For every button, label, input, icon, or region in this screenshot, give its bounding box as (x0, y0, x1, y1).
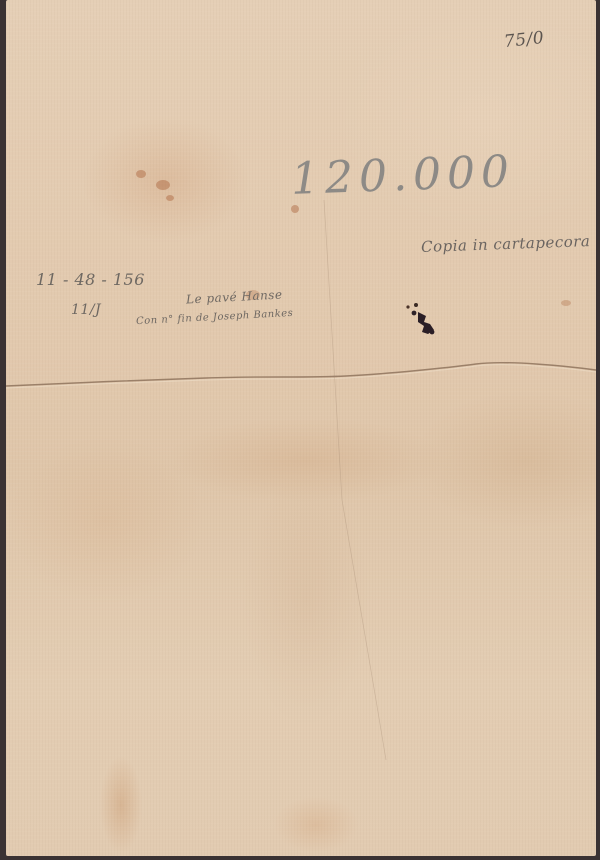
top-right-mark: 75/0 (503, 28, 545, 52)
foxing-stain (166, 195, 174, 201)
foxing-stain (291, 205, 299, 213)
catalog-note: Copia in cartapecora (421, 232, 591, 256)
document-paper: 75/0 120.000 Copia in cartapecora 11 - 4… (6, 0, 596, 856)
reference-number: 11 - 48 - 156 (36, 270, 145, 289)
handwritten-line-2: Con n° fin de Joseph Bankes (136, 308, 294, 327)
foxing-stain (561, 300, 571, 306)
fold-crease (6, 0, 596, 856)
ink-blot (404, 302, 444, 338)
paper-grain-texture (6, 0, 596, 856)
handwritten-line-1: Le pavé Hanse (186, 287, 283, 306)
amount-annotation: 120.000 (290, 146, 516, 205)
reference-sub: 11/J (71, 302, 101, 318)
foxing-stain (156, 180, 170, 190)
foxing-stain (136, 170, 146, 178)
